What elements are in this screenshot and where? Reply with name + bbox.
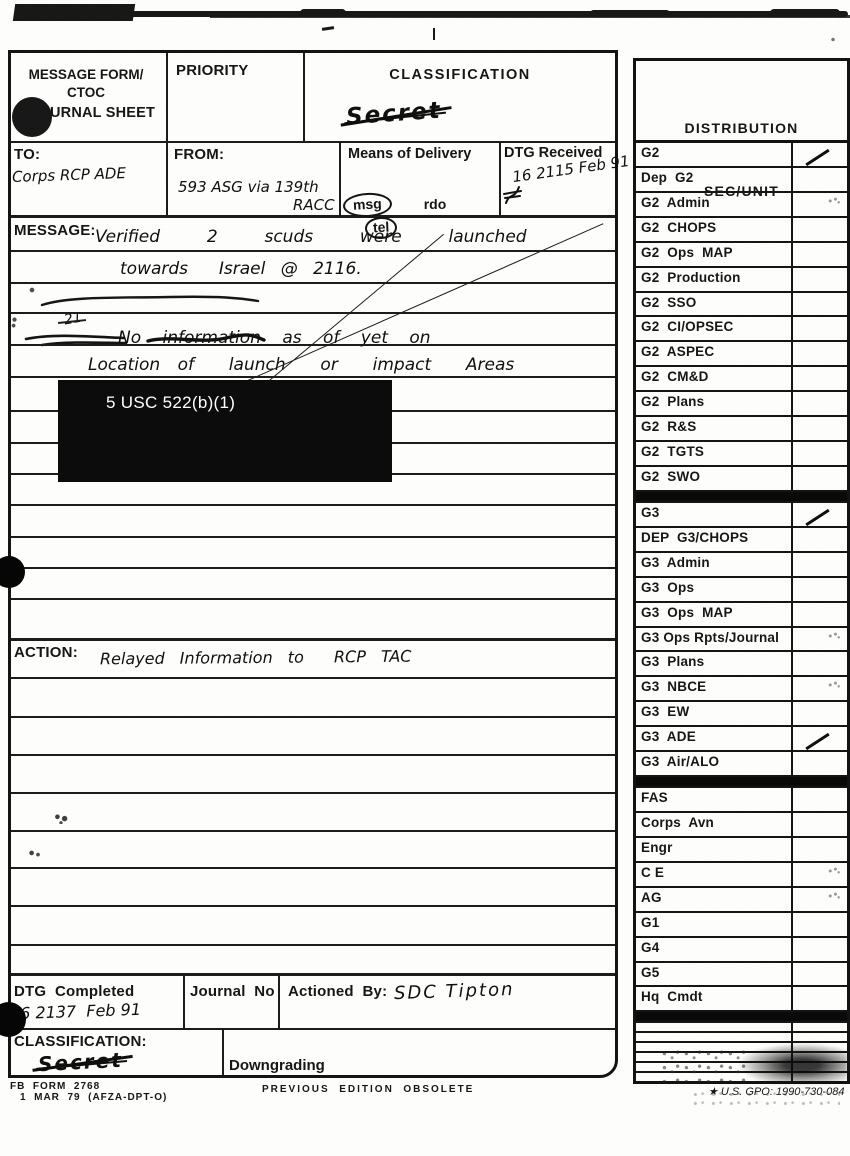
distribution-row-label: FAS <box>636 788 791 811</box>
distribution-row: G2 <box>636 143 847 166</box>
delivery-option-rdo: rdo <box>424 196 447 212</box>
distribution-row: G3 ADE <box>636 725 847 750</box>
scanned-form-page: MESSAGE FORM/ CTOC URNAL SHEET PRIORITY … <box>0 0 850 1156</box>
distribution-check-cell <box>791 218 847 241</box>
distribution-row-label: G2 <box>636 143 791 166</box>
scan-mark <box>828 36 838 43</box>
distribution-row: G2 SSO <box>636 291 847 316</box>
ruled-line <box>11 830 615 832</box>
ruled-line <box>11 344 615 346</box>
actioned-by-label: Actioned By: <box>288 983 387 1000</box>
distribution-row-label: G5 <box>636 963 791 986</box>
distribution-row: Dep G2 <box>636 166 847 191</box>
form-date: 1 MAR 79 (AFZA-DPT-O) <box>20 1092 167 1103</box>
distribution-check-cell <box>791 888 847 911</box>
cell-divider <box>222 1028 224 1075</box>
distribution-check-cell <box>791 963 847 986</box>
journal-no-label: Journal No <box>190 983 275 1000</box>
distribution-check-cell <box>791 752 847 775</box>
distribution-row-label: G1 <box>636 913 791 936</box>
classification-bottom-handwritten: Secret <box>38 1050 124 1074</box>
redaction-box: 5 USC 522(b)(1) <box>58 380 392 482</box>
distribution-row: Hq Cmdt <box>636 985 847 1010</box>
checkmark-slash-icon <box>805 149 829 166</box>
distribution-row-label: G3 Ops Rpts/Journal <box>636 628 791 651</box>
distribution-check-cell <box>791 528 847 551</box>
distribution-check-cell <box>791 553 847 576</box>
faint-pencil-mark <box>827 866 840 875</box>
checkmark-slash-icon <box>805 733 829 750</box>
distribution-row: G2 Plans <box>636 390 847 415</box>
message-handwritten-line4: Location of launch or impact Areas <box>88 357 514 374</box>
distribution-row-label: G3 Plans <box>636 652 791 675</box>
from-label: FROM: <box>174 146 224 163</box>
distribution-row: G2 SWO <box>636 465 847 490</box>
distribution-row-label: G2 Admin <box>636 193 791 216</box>
ruled-line <box>11 250 615 252</box>
distribution-row: G4 <box>636 936 847 961</box>
distribution-row-label: G2 Production <box>636 268 791 291</box>
distribution-row-label <box>636 1023 791 1031</box>
distribution-row-label: G2 R&S <box>636 417 791 440</box>
distribution-separator <box>636 1010 847 1021</box>
distribution-row-label: AG <box>636 888 791 911</box>
distribution-check-cell <box>791 702 847 725</box>
distribution-check-cell <box>791 392 847 415</box>
distribution-check-cell <box>791 578 847 601</box>
form-number: FB FORM 2768 <box>10 1081 100 1092</box>
redaction-label: 5 USC 522(b)(1) <box>58 380 235 413</box>
distribution-separator <box>636 490 847 501</box>
scan-smudge <box>690 1090 840 1110</box>
distribution-check-cell <box>791 243 847 266</box>
distribution-title: DISTRIBUTION <box>636 118 847 139</box>
cell-divider <box>183 973 185 1028</box>
to-handwritten: Corps RCP ADE <box>12 166 126 185</box>
distribution-row: G3 Admin <box>636 551 847 576</box>
distribution-row-label: G2 TGTS <box>636 442 791 465</box>
distribution-rows: G2Dep G2G2 AdminG2 CHOPSG2 Ops MAPG2 Pro… <box>636 143 847 1081</box>
cell-divider <box>339 141 341 215</box>
scribble-mark <box>502 184 524 206</box>
distribution-row-label: G3 ADE <box>636 727 791 750</box>
distribution-check-cell <box>791 938 847 961</box>
distribution-row-label: G2 SWO <box>636 467 791 490</box>
distribution-separator <box>636 775 847 786</box>
distribution-check-cell <box>791 603 847 626</box>
distribution-row-label: Dep G2 <box>636 168 791 191</box>
to-label: TO: <box>14 146 40 163</box>
scan-artifact-band <box>300 9 346 17</box>
faint-pencil-mark <box>827 631 840 640</box>
distribution-check-cell <box>791 788 847 811</box>
distribution-row-label: G3 <box>636 503 791 526</box>
message-handwritten-line2: towards Israel @ 2116. <box>120 261 362 278</box>
actioned-by-handwritten: SDC Tipton <box>394 981 515 1003</box>
classification-label: CLASSIFICATION <box>305 67 615 83</box>
faint-pencil-mark <box>827 891 840 900</box>
distribution-check-cell <box>791 863 847 886</box>
distribution-row-label: G2 CI/OPSEC <box>636 317 791 340</box>
distribution-row-label: G2 CHOPS <box>636 218 791 241</box>
ruled-line <box>11 792 615 794</box>
distribution-check-cell <box>791 193 847 216</box>
distribution-row-label: C E <box>636 863 791 886</box>
form-title-line1: MESSAGE FORM/ <box>16 66 156 84</box>
downgrading-label: Downgrading <box>229 1057 325 1074</box>
ruled-line <box>11 567 615 569</box>
distribution-row-label: G2 SSO <box>636 293 791 316</box>
distribution-check-cell <box>791 1023 847 1031</box>
scan-artifact-band <box>770 9 840 17</box>
distribution-check-cell <box>791 727 847 750</box>
distribution-check-cell <box>791 913 847 936</box>
message-handwritten-line1: Verified 2 scuds were launched <box>95 229 527 246</box>
distribution-row-label: G3 NBCE <box>636 677 791 700</box>
distribution-check-cell <box>791 367 847 390</box>
distribution-check-cell <box>791 317 847 340</box>
distribution-row: Engr <box>636 836 847 861</box>
distribution-row: C E <box>636 861 847 886</box>
distribution-row: G3 <box>636 501 847 526</box>
ruled-line <box>11 376 615 378</box>
ruled-line <box>11 944 615 946</box>
distribution-row-label: DEP G3/CHOPS <box>636 528 791 551</box>
distribution-check-cell <box>791 628 847 651</box>
distribution-row: G2 TGTS <box>636 440 847 465</box>
distribution-row: FAS <box>636 786 847 811</box>
distribution-row: G3 EW <box>636 700 847 725</box>
distribution-row: G5 <box>636 961 847 986</box>
ruled-line <box>11 312 615 314</box>
ruled-line <box>11 598 615 600</box>
distribution-row: Corps Avn <box>636 811 847 836</box>
form-title-line3: URNAL SHEET <box>50 105 155 121</box>
previous-edition-note: PREVIOUS EDITION OBSOLETE <box>262 1084 474 1095</box>
distribution-row: G3 NBCE <box>636 675 847 700</box>
distribution-row: G2 Ops MAP <box>636 241 847 266</box>
ruled-line <box>11 905 615 907</box>
faint-pencil-mark <box>827 680 840 689</box>
message-label: MESSAGE: <box>14 222 96 239</box>
from-handwritten-line1: 593 ASG via 139th <box>178 180 319 195</box>
distribution-check-cell <box>791 987 847 1010</box>
distribution-check-cell <box>791 467 847 490</box>
row-divider <box>11 1028 615 1030</box>
scan-mark <box>10 316 19 328</box>
distribution-row-label: G3 Air/ALO <box>636 752 791 775</box>
distribution-row: G1 <box>636 911 847 936</box>
ink-blot <box>12 97 52 137</box>
distribution-check-cell <box>791 268 847 291</box>
distribution-row: G3 Air/ALO <box>636 750 847 775</box>
distribution-row-label: G2 ASPEC <box>636 342 791 365</box>
scratch-out-stroke <box>24 331 128 349</box>
distribution-row: DEP G3/CHOPS <box>636 526 847 551</box>
scan-mark <box>322 26 334 31</box>
dtg-completed-handwritten: 16 2137 Feb 91 <box>10 1002 141 1023</box>
distribution-row: G2 ASPEC <box>636 340 847 365</box>
distribution-row-label: G3 EW <box>636 702 791 725</box>
distribution-check-cell <box>791 168 847 191</box>
distribution-row-label: G3 Admin <box>636 553 791 576</box>
classification-bottom-label: CLASSIFICATION: <box>14 1033 147 1050</box>
ruled-line <box>11 282 615 284</box>
ruled-line <box>11 867 615 869</box>
scan-mark <box>28 286 38 294</box>
distribution-check-cell <box>791 838 847 861</box>
delivery-label: Means of Delivery <box>348 146 471 162</box>
distribution-header: DISTRIBUTION SEC/UNIT <box>636 61 847 143</box>
scan-smudge <box>735 1042 847 1084</box>
ink-smudge <box>26 848 42 859</box>
distribution-check-cell <box>791 813 847 836</box>
distribution-row: G2 CHOPS <box>636 216 847 241</box>
distribution-row: G3 Ops <box>636 576 847 601</box>
ruled-line <box>11 754 615 756</box>
distribution-check-cell <box>791 417 847 440</box>
distribution-check-cell <box>791 1033 847 1041</box>
distribution-row: G2 CM&D <box>636 365 847 390</box>
distribution-check-cell <box>791 293 847 316</box>
distribution-row-label: G3 Ops MAP <box>636 603 791 626</box>
action-label: ACTION: <box>14 644 78 661</box>
distribution-table: DISTRIBUTION SEC/UNIT G2Dep G2G2 AdminG2… <box>633 58 850 1084</box>
form-title: MESSAGE FORM/ CTOC <box>16 66 156 102</box>
distribution-row-label: Hq Cmdt <box>636 987 791 1010</box>
distribution-row: G3 Ops MAP <box>636 601 847 626</box>
distribution-row <box>636 1021 847 1031</box>
distribution-check-cell <box>791 442 847 465</box>
distribution-row-label <box>636 1033 791 1041</box>
ink-smudge <box>52 812 70 824</box>
row-divider <box>11 215 615 218</box>
distribution-row: G2 R&S <box>636 415 847 440</box>
ruled-line <box>11 677 615 679</box>
faint-pencil-mark <box>827 196 840 205</box>
from-handwritten-line2: RACC <box>293 198 335 213</box>
distribution-row: G2 CI/OPSEC <box>636 315 847 340</box>
priority-label: PRIORITY <box>176 62 248 79</box>
distribution-check-cell <box>791 143 847 166</box>
dtg-completed-label: DTG Completed <box>14 983 134 1000</box>
action-handwritten: Relayed Information to RCP TAC <box>100 649 412 668</box>
ruled-line <box>11 716 615 718</box>
cell-divider <box>166 53 168 215</box>
distribution-row-label: G4 <box>636 938 791 961</box>
distribution-check-cell <box>791 677 847 700</box>
distribution-row: G3 Plans <box>636 650 847 675</box>
distribution-check-cell <box>791 342 847 365</box>
row-divider <box>11 973 615 976</box>
distribution-row-label: G2 Ops MAP <box>636 243 791 266</box>
ruled-line <box>11 504 615 506</box>
distribution-row: G3 Ops Rpts/Journal <box>636 626 847 651</box>
ruled-line <box>11 536 615 538</box>
cell-divider <box>278 973 280 1028</box>
distribution-check-cell <box>791 652 847 675</box>
scan-mark <box>433 28 435 40</box>
distribution-row-label: G2 CM&D <box>636 367 791 390</box>
distribution-row: AG <box>636 886 847 911</box>
distribution-row-label: G2 Plans <box>636 392 791 415</box>
checkmark-slash-icon <box>805 509 829 526</box>
distribution-row-label: Engr <box>636 838 791 861</box>
scan-artifact-band <box>590 10 670 17</box>
distribution-row <box>636 1031 847 1041</box>
row-divider <box>11 638 615 641</box>
distribution-row: G2 Production <box>636 266 847 291</box>
distribution-row-label: Corps Avn <box>636 813 791 836</box>
distribution-row: G2 Admin <box>636 191 847 216</box>
scan-smudge <box>660 1048 750 1082</box>
distribution-check-cell <box>791 503 847 526</box>
delivery-option-msg: msg <box>342 192 392 219</box>
distribution-row-label: G3 Ops <box>636 578 791 601</box>
scan-artifact-blob <box>13 4 135 21</box>
row-divider <box>11 141 615 143</box>
scratch-out-stroke <box>40 292 262 308</box>
